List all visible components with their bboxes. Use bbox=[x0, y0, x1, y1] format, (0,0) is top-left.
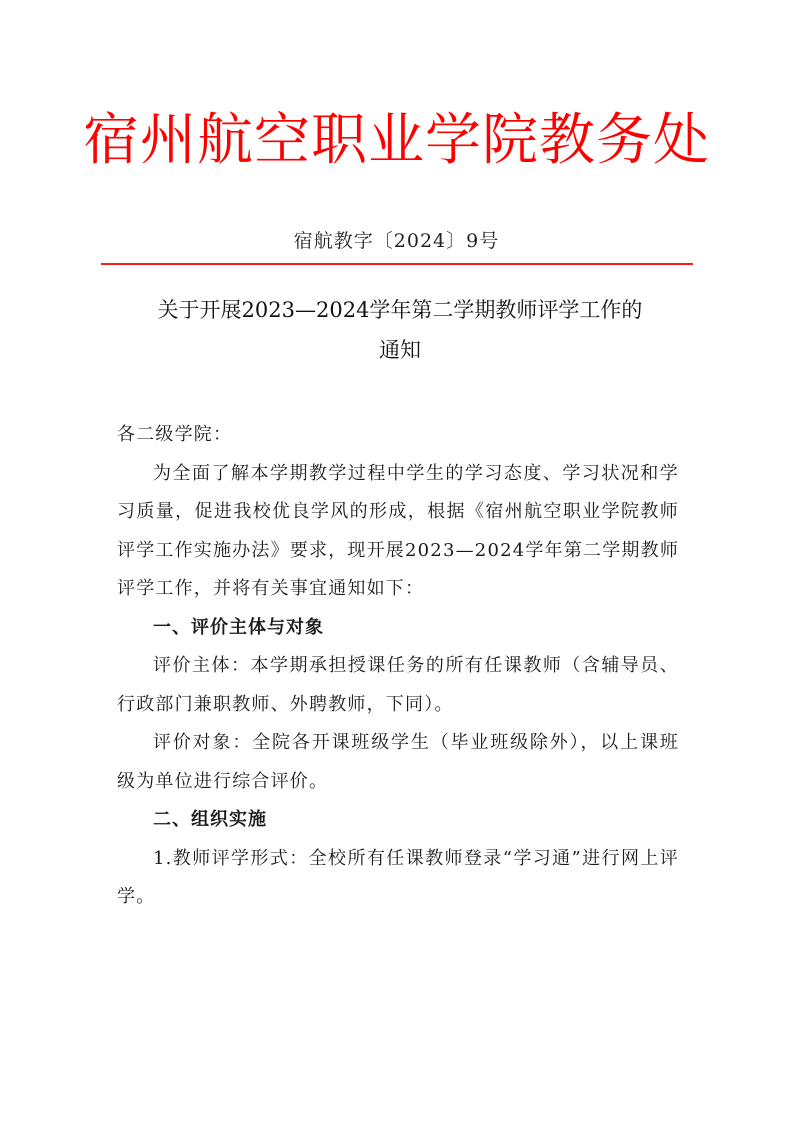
salutation: 各二级学院： bbox=[117, 416, 679, 455]
intro-paragraph: 为全面了解本学期教学过程中学生的学习态度、学习状况和学习质量，促进我校优良学风的… bbox=[117, 455, 679, 609]
notice-title-line-2: 通知 bbox=[100, 330, 700, 370]
notice-title-line-1: 关于开展2023—2024学年第二学期教师评学工作的 bbox=[100, 290, 700, 330]
section-1-paragraph-1: 评价主体：本学期承担授课任务的所有任课教师（含辅导员、行政部门兼职教师、外聘教师… bbox=[117, 647, 679, 724]
notice-body: 各二级学院： 为全面了解本学期教学过程中学生的学习态度、学习状况和学习质量，促进… bbox=[117, 416, 679, 917]
document-number: 宿航教字〔2024〕9号 bbox=[0, 228, 793, 254]
section-heading-1: 一、评价主体与对象 bbox=[117, 609, 679, 648]
section-2-paragraph-1: 1.教师评学形式：全校所有任课教师登录“学习通”进行网上评学。 bbox=[117, 840, 679, 917]
organization-title: 宿州航空职业学院教务处 bbox=[0, 105, 793, 177]
document-page: 宿州航空职业学院教务处 宿航教字〔2024〕9号 关于开展2023—2024学年… bbox=[0, 0, 793, 1122]
section-heading-2: 二、组织实施 bbox=[117, 801, 679, 840]
red-divider-line bbox=[101, 263, 693, 265]
notice-title: 关于开展2023—2024学年第二学期教师评学工作的 通知 bbox=[100, 290, 700, 370]
section-1-paragraph-2: 评价对象：全院各开课班级学生（毕业班级除外），以上课班级为单位进行综合评价。 bbox=[117, 724, 679, 801]
